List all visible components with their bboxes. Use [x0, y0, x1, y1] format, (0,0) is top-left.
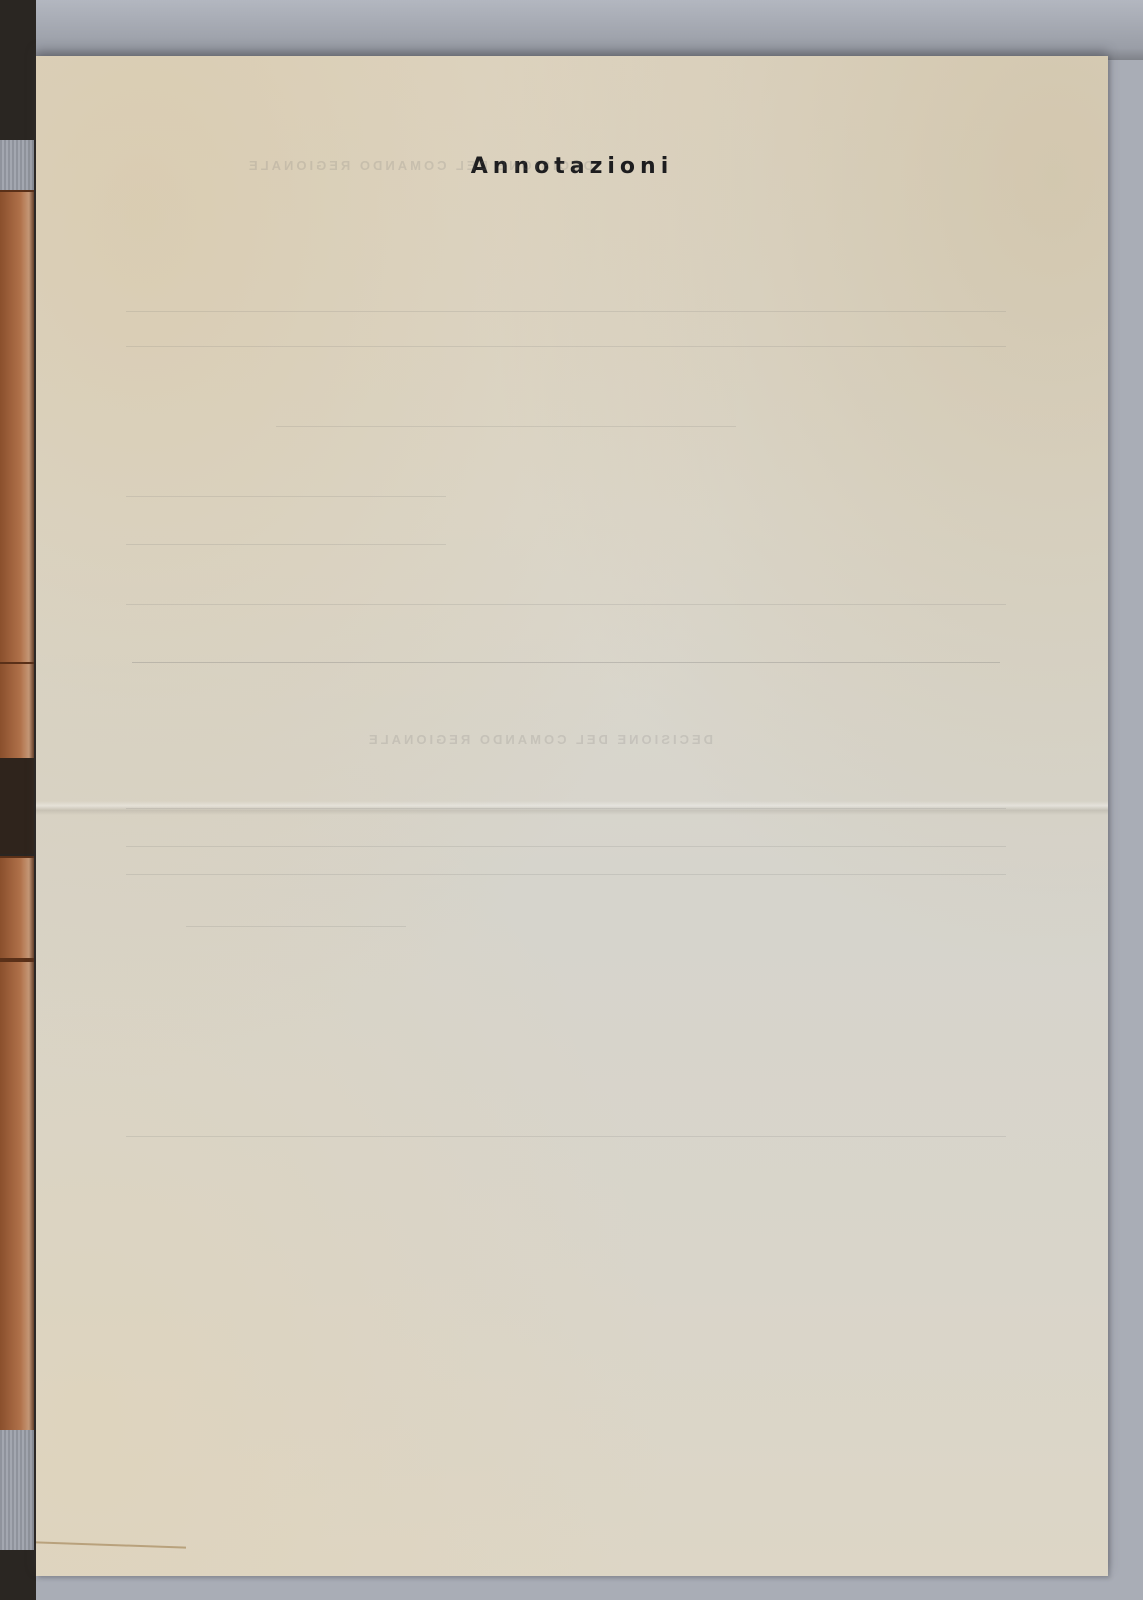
show-through-line: [126, 846, 1006, 847]
show-through-line: [126, 346, 1006, 347]
paper-tear: [36, 1541, 186, 1552]
binder-gap: [0, 758, 34, 854]
wood-divider: [0, 662, 34, 762]
fabric-ribbon: [0, 1430, 34, 1550]
document-sheet: Annotazioni DECISIONE DEL COMANDO REGION…: [36, 56, 1108, 1576]
show-through-line: [126, 604, 1006, 605]
show-through-line: [126, 544, 446, 545]
show-through-line: [126, 808, 1006, 809]
show-through-heading: DECISIONE DEL COMANDO REGIONALE: [246, 158, 593, 173]
wood-divider: [0, 960, 34, 1434]
show-through-line: [126, 874, 1006, 875]
wood-divider: [0, 856, 34, 960]
show-through-heading: DECISIONE DEL COMANDO REGIONALE: [366, 732, 713, 747]
fabric-ribbon: [0, 140, 34, 190]
show-through-line: [276, 426, 736, 427]
show-through-line: [126, 1136, 1006, 1137]
binder-spine: [0, 0, 36, 1600]
show-through-rule: [132, 662, 1000, 663]
show-through-line: [126, 311, 1006, 312]
wood-divider: [0, 190, 34, 664]
background-surface: [0, 0, 1143, 60]
show-through-line: [186, 926, 406, 927]
show-through-line: [126, 496, 446, 497]
